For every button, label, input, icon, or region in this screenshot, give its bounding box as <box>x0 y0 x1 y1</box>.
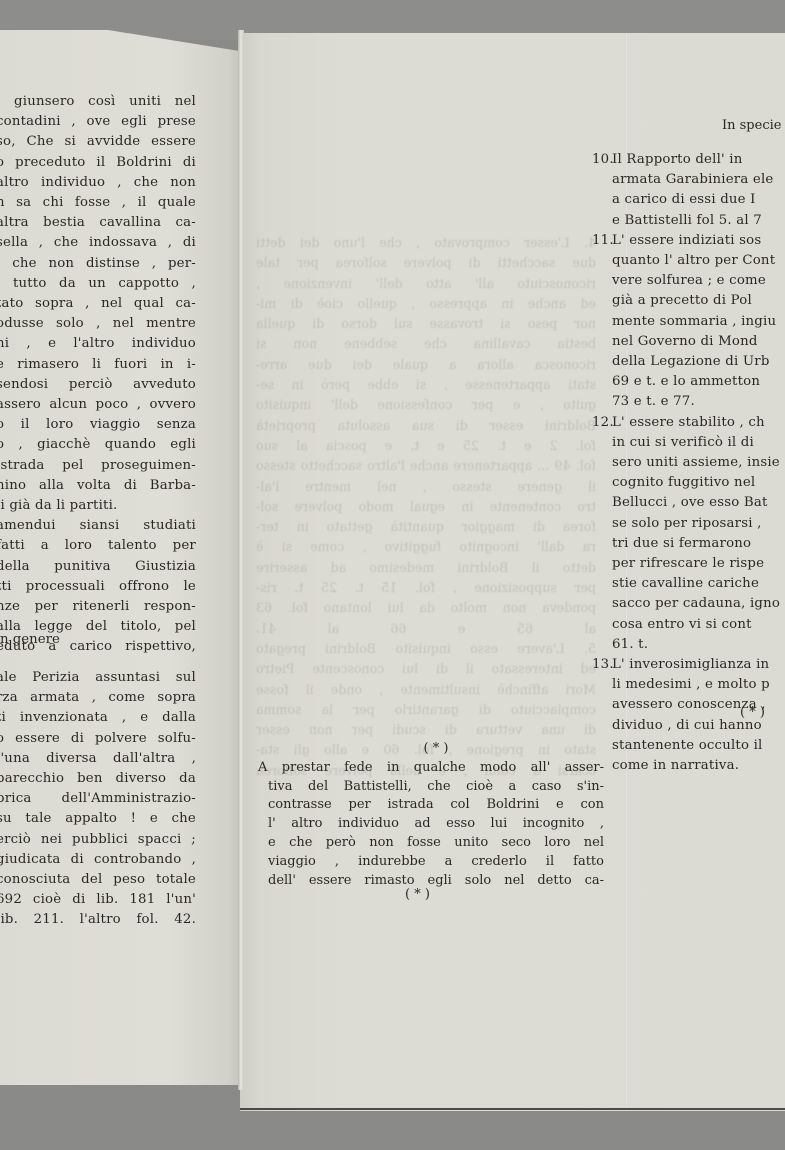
item-number: 12. <box>592 413 612 433</box>
text-line: o il loro viaggio senza <box>0 415 196 435</box>
text-line: ti invenzionata , e dalla <box>0 708 196 728</box>
bleed-line: il genere stesso , nel mentre l'al- <box>256 477 596 497</box>
text-line: già a precetto di Pol <box>592 291 785 311</box>
text-line: altra bestia cavallina ca- <box>0 213 196 233</box>
bleed-line: al 65 e 66 al 41. <box>256 619 596 639</box>
list-item: 13.L' inverosimiglianza in <box>592 655 785 675</box>
text-line: o essere di polvere solfu- <box>0 729 196 749</box>
bleed-line: bestia cavallina che sebbene non si <box>256 334 596 354</box>
list-item: 12.L' essere stabilito , ch <box>592 413 785 433</box>
text-line: stie cavalline cariche <box>592 574 785 594</box>
text-line: odusse solo , nel mentre <box>0 314 196 334</box>
book-gutter <box>238 30 244 1090</box>
bleed-line: forea di maggior quantità gettato in ter… <box>256 517 596 537</box>
footnote-line: l' altro individuo ad esso lui incognito… <box>268 815 604 834</box>
page-footer-marker: ( * ) <box>405 887 430 902</box>
text-line: tato sopra , nel qual ca- <box>0 294 196 314</box>
bleed-line: guito , e per confessione dell' inquisit… <box>256 395 596 415</box>
text-line: amendui siansi studiati <box>0 516 196 536</box>
text-line: 73 e t. e 77. <box>592 392 785 412</box>
text-line: brica dell'Amministrazio- <box>0 789 196 809</box>
bleed-line: riconosciuto all' atto dell' invenzione … <box>256 274 596 294</box>
bleed-line: di una vettura di scudi per non esser <box>256 720 596 740</box>
page-bottom-edge <box>240 1108 785 1110</box>
bleed-line: ed anche in appresso , quello cioè di mi… <box>256 294 596 314</box>
text-line: li medesimi , e molto p <box>592 675 785 695</box>
text-line: istrada pel proseguimen- <box>0 456 196 476</box>
bleed-through-text: 4. L'esser comprovato , che l'uno dei de… <box>256 233 596 781</box>
footnote-line: viaggio , indurebbe a crederlo il fatto <box>268 853 604 872</box>
text-line: cognito fuggitivo nel <box>592 473 785 493</box>
text-line: sella , che indossava , di <box>0 233 196 253</box>
bleed-line: riconosca allora a quale dei due arre- <box>256 355 596 375</box>
text-line: conosciuta del peso totale <box>0 870 196 890</box>
footnote-line: dell' essere rimasto egli solo nel detto… <box>268 872 604 891</box>
text-line: giudicata di controbando , <box>0 850 196 870</box>
bleed-line: pondeva non molto da lui lontano fol. 63 <box>256 598 596 618</box>
text-line: vere solfurea ; e come <box>592 271 785 291</box>
bleed-line: stati appartenesse , si ebbe però in se- <box>256 375 596 395</box>
bleed-line: compiacciuto di garantirlo per la somma <box>256 700 596 720</box>
text-line: della Legazione di Urb <box>592 352 785 372</box>
footnote-line: e che però non fosse unito seco loro nel <box>268 834 604 853</box>
bleed-line: fol. 49 ... appartenere anche l'altro sa… <box>256 456 596 476</box>
running-head: In specie <box>722 118 781 133</box>
bleed-line: fol. 2 e t. 25 e t. e poscia al suo <box>256 436 596 456</box>
text-line: lib. 211. l'altro fol. 42. <box>0 910 196 930</box>
text-line: 61. t. <box>592 635 785 655</box>
text-line: o , giacchè quando egli <box>0 435 196 455</box>
text-line: stantenente occulto il <box>592 736 785 756</box>
text-line: armata Garabiniera ele <box>592 170 785 190</box>
text-line: so, Che si avvidde essere <box>0 132 196 152</box>
bleed-line: detto il Boldrini medesimo ad asserire <box>256 558 596 578</box>
item-number: 10. <box>592 150 612 170</box>
text-line: tri due si fermarono <box>592 534 785 554</box>
right-page-text: 10.Il Rapporto dell' in armata Garabinie… <box>592 150 785 776</box>
text-line: quanto l' altro per Cont <box>592 251 785 271</box>
list-item: 11.L' essere indiziati sos <box>592 231 785 251</box>
text-line: come in narrativa. <box>592 756 785 776</box>
footnote: ( * ) A prestar fede in qualche modo all… <box>268 740 604 890</box>
bleed-line: Boldrini esser di sua assoluta proprietà <box>256 416 596 436</box>
text-line: 69 e t. e lo ammetton <box>592 372 785 392</box>
footnote-line: A prestar fede in qualche modo all' asse… <box>268 759 604 778</box>
text-line: Bellucci , ove esso Bat <box>592 493 785 513</box>
text-line: cosa entro vi si cont <box>592 615 785 635</box>
text-line: sero uniti assieme, insie <box>592 453 785 473</box>
footnote-line: tiva del Battistelli, che cioè a caso s'… <box>268 778 604 797</box>
text-line: erciò nei pubblici spacci ; <box>0 830 196 850</box>
text-line: li già da li partiti. <box>0 496 196 516</box>
bleed-line: per supposizione , fol. 15 t. 25 t. ris- <box>256 578 596 598</box>
text-line: se solo per riposarsi , <box>592 514 785 534</box>
text-line: assero alcun poco , ovvero <box>0 395 196 415</box>
text-line: parecchio ben diverso da <box>0 769 196 789</box>
text-line: , giunsero così uniti nel <box>0 92 196 112</box>
text-line: l tutto da un cappotto , <box>0 274 196 294</box>
text-line: e rimasero li fuori in i- <box>0 355 196 375</box>
bleed-line: nor peso si trovasse sul dorso di quella <box>256 314 596 334</box>
text-line: della punitiva Giustizia <box>0 557 196 577</box>
text-line: in cui si verificò il di <box>592 433 785 453</box>
text-line: per rifrescare le rispe <box>592 554 785 574</box>
text-line: nze per ritenerli respon- <box>0 597 196 617</box>
text-line: fatti a loro talento per <box>0 536 196 556</box>
bleed-line: tro contenente in egual modo polvere sol… <box>256 497 596 517</box>
text-line: sendosi perciò avveduto <box>0 375 196 395</box>
bleed-line: 5. L'avere esso inquisito Boldrini prega… <box>256 639 596 659</box>
footer-marker: ( * ) <box>740 705 765 720</box>
text-line: rza armata , come sopra <box>0 688 196 708</box>
text-line: 692 cioè di lib. 181 l'un' <box>0 890 196 910</box>
text-line: nel Governo di Mond <box>592 332 785 352</box>
text-line: e Battistelli fol 5. al 7 <box>592 211 785 231</box>
item-number: 11. <box>592 231 612 251</box>
text-line: sacco per cadauna, igno <box>592 594 785 614</box>
text-line: ale Perizia assuntasi sul <box>0 668 196 688</box>
text-line: tti processuali offrono le <box>0 577 196 597</box>
bleed-line: ra dall' incognito fuggitivo , come si è <box>256 537 596 557</box>
footnote-marker: ( * ) <box>268 740 604 759</box>
text-line: contadini , ove egli prese <box>0 112 196 132</box>
text-line: o preceduto il Boldrini di <box>0 153 196 173</box>
text-line: l'una diversa dall'altra , <box>0 749 196 769</box>
text-line: su tale appalto ! e che <box>0 809 196 829</box>
text-line: a carico di essi due I <box>592 190 785 210</box>
text-line: ni , e l'altro individuo <box>0 334 196 354</box>
item-number: 13. <box>592 655 612 675</box>
footnote-line: contrasse per istrada col Boldrini e con <box>268 796 604 815</box>
text-line: altro individuo , che non <box>0 173 196 193</box>
section-heading: n genere <box>0 632 60 647</box>
left-page-section-text: ale Perizia assuntasi sul rza armata , c… <box>0 668 196 931</box>
text-line: nino alla volta di Barba- <box>0 476 196 496</box>
left-page-text: , giunsero così uniti nel contadini , ov… <box>0 92 196 658</box>
bleed-line: ed interessato il di lui conoscente Piet… <box>256 659 596 679</box>
list-item: 10.Il Rapporto dell' in <box>592 150 785 170</box>
text-line: mente sommaria , ingiu <box>592 312 785 332</box>
bleed-line: due sacchetti di polvere solforea per ta… <box>256 253 596 273</box>
bleed-line: Mori affinchè insultimente , onde il fos… <box>256 680 596 700</box>
text-line: , che non distinse , per- <box>0 254 196 274</box>
text-line: n sa chi fosse , il quale <box>0 193 196 213</box>
bleed-line: 4. L'esser comprovato , che l'uno dei de… <box>256 233 596 253</box>
